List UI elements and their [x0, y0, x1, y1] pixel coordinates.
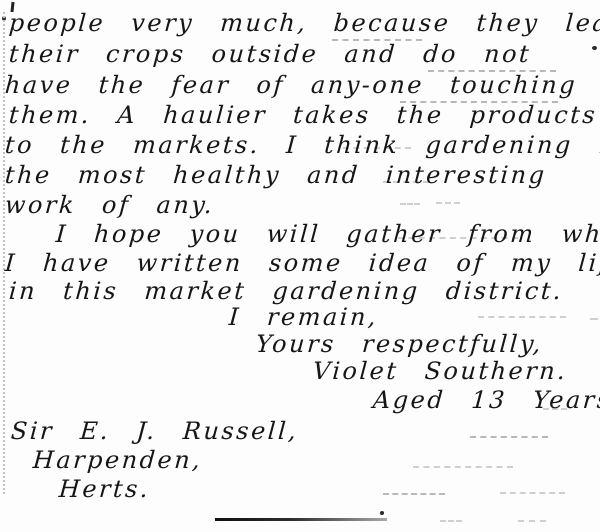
- scan-artifact: [380, 511, 384, 515]
- handwritten-line-body-1: their crops outside and do not: [8, 40, 532, 68]
- handwritten-line-body-6: work of any.: [4, 191, 215, 219]
- handwritten-line-signature-12: Violet Southern.: [312, 357, 568, 385]
- handwritten-line-body-7: I hope you will gather from what: [55, 220, 600, 248]
- handwritten-line-signature-13: Aged 13 Years.: [372, 386, 600, 414]
- scan-artifact: [383, 493, 445, 495]
- handwritten-line-closing-10: I remain,: [228, 303, 379, 331]
- scan-artifact: [500, 492, 565, 494]
- scan-artifact: [440, 520, 462, 522]
- handwritten-line-body-2: have the fear of any-one touching: [4, 71, 578, 99]
- scan-artifact: [470, 436, 548, 438]
- scan-artifact: [592, 46, 597, 50]
- handwritten-line-body-0: people very much, because they leave: [8, 9, 600, 37]
- letter-page: people very much, because they leavethei…: [0, 0, 600, 532]
- handwritten-line-closing-11: Yours respectfully,: [255, 330, 544, 358]
- handwritten-line-body-9: in this market gardening district.: [8, 277, 564, 305]
- handwritten-line-body-3: them. A haulier takes the products: [8, 101, 598, 129]
- handwritten-line-address-14: Sir E. J. Russell,: [10, 417, 299, 445]
- scan-artifact: [478, 316, 566, 318]
- handwritten-line-body-5: the most healthy and interesting: [4, 161, 548, 189]
- handwritten-line-body-8: I have written some idea of my life: [4, 249, 600, 277]
- handwritten-line-address-15: Harpenden,: [32, 446, 203, 474]
- handwritten-line-address-16: Herts.: [58, 475, 151, 503]
- bottom-rule: [215, 518, 387, 521]
- scan-artifact: [400, 203, 420, 205]
- handwritten-line-body-4: to the markets. I think gardening is: [4, 131, 600, 159]
- scan-artifact: [413, 466, 513, 468]
- scan-artifact: [518, 520, 546, 522]
- scan-artifact: [590, 318, 598, 320]
- scan-artifact: [436, 202, 460, 204]
